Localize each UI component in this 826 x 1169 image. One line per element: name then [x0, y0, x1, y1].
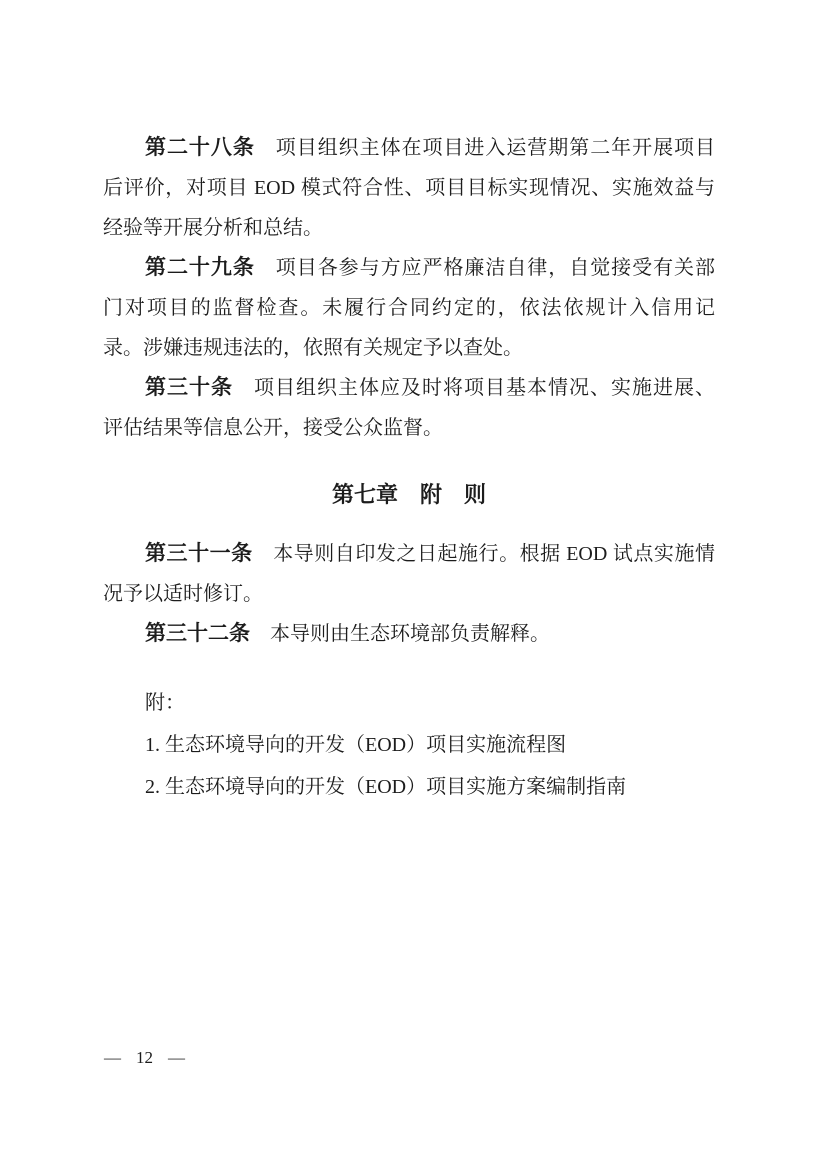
footer-dash-right: — — [168, 1048, 185, 1068]
page-number: 12 — [136, 1048, 153, 1068]
article-30-line-1: 第三十条 项目组织主体应及时将项目基本情况、实施进展、 — [103, 368, 715, 408]
article-28-term: 第二十八条 — [145, 136, 255, 159]
footer-dash-left: — — [104, 1048, 121, 1068]
article-31-line-2: 况予以适时修订。 — [103, 574, 715, 614]
article-32-text-1: 本导则由生态环境部负责解释。 — [250, 623, 550, 645]
article-28-line-1: 第二十八条 项目组织主体在项目进入运营期第二年开展项目 — [103, 128, 715, 168]
article-30-term: 第三十条 — [145, 376, 233, 399]
article-28-line-3: 经验等开展分析和总结。 — [103, 208, 715, 248]
attachment-label: 附： — [103, 682, 715, 724]
article-28-line-2: 后评价，对项目 EOD 模式符合性、项目目标实现情况、实施效益与 — [103, 168, 715, 208]
page-footer: — 12 — — [104, 1046, 185, 1070]
article-32-term: 第三十二条 — [145, 622, 250, 645]
article-31-term: 第三十一条 — [145, 542, 253, 565]
article-31-text-1: 本导则自印发之日起施行。根据 EOD 试点实施情 — [253, 543, 715, 565]
article-31-line-1: 第三十一条 本导则自印发之日起施行。根据 EOD 试点实施情 — [103, 534, 715, 574]
article-30-text-1: 项目组织主体应及时将项目基本情况、实施进展、 — [233, 377, 715, 399]
article-29-line-3: 录。涉嫌违规违法的，依照有关规定予以查处。 — [103, 328, 715, 368]
chapter-heading: 第七章 附 则 — [103, 475, 715, 515]
document-page: 第二十八条 项目组织主体在项目进入运营期第二年开展项目 后评价，对项目 EOD … — [0, 0, 826, 1169]
article-28-text-1: 项目组织主体在项目进入运营期第二年开展项目 — [255, 137, 715, 159]
article-30: 第三十条 项目组织主体应及时将项目基本情况、实施进展、 评估结果等信息公开，接受… — [103, 368, 715, 448]
article-32-line-1: 第三十二条 本导则由生态环境部负责解释。 — [103, 614, 715, 654]
body-text-block-2: 第三十一条 本导则自印发之日起施行。根据 EOD 试点实施情 况予以适时修订。 … — [103, 534, 715, 654]
attachment-item-2: 2. 生态环境导向的开发（EOD）项目实施方案编制指南 — [103, 766, 715, 808]
body-text-block-1: 第二十八条 项目组织主体在项目进入运营期第二年开展项目 后评价，对项目 EOD … — [103, 128, 715, 448]
attachment-section: 附： 1. 生态环境导向的开发（EOD）项目实施流程图 2. 生态环境导向的开发… — [103, 682, 715, 808]
attachment-item-1: 1. 生态环境导向的开发（EOD）项目实施流程图 — [103, 724, 715, 766]
article-29-term: 第二十九条 — [145, 256, 255, 279]
article-29-text-1: 项目各参与方应严格廉洁自律，自觉接受有关部 — [255, 257, 715, 279]
article-28: 第二十八条 项目组织主体在项目进入运营期第二年开展项目 后评价，对项目 EOD … — [103, 128, 715, 248]
article-32: 第三十二条 本导则由生态环境部负责解释。 — [103, 614, 715, 654]
article-29: 第二十九条 项目各参与方应严格廉洁自律，自觉接受有关部 门对项目的监督检查。未履… — [103, 248, 715, 368]
article-30-line-2: 评估结果等信息公开，接受公众监督。 — [103, 408, 715, 448]
article-31: 第三十一条 本导则自印发之日起施行。根据 EOD 试点实施情 况予以适时修订。 — [103, 534, 715, 614]
article-29-line-2: 门对项目的监督检查。未履行合同约定的，依法依规计入信用记 — [103, 288, 715, 328]
article-29-line-1: 第二十九条 项目各参与方应严格廉洁自律，自觉接受有关部 — [103, 248, 715, 288]
